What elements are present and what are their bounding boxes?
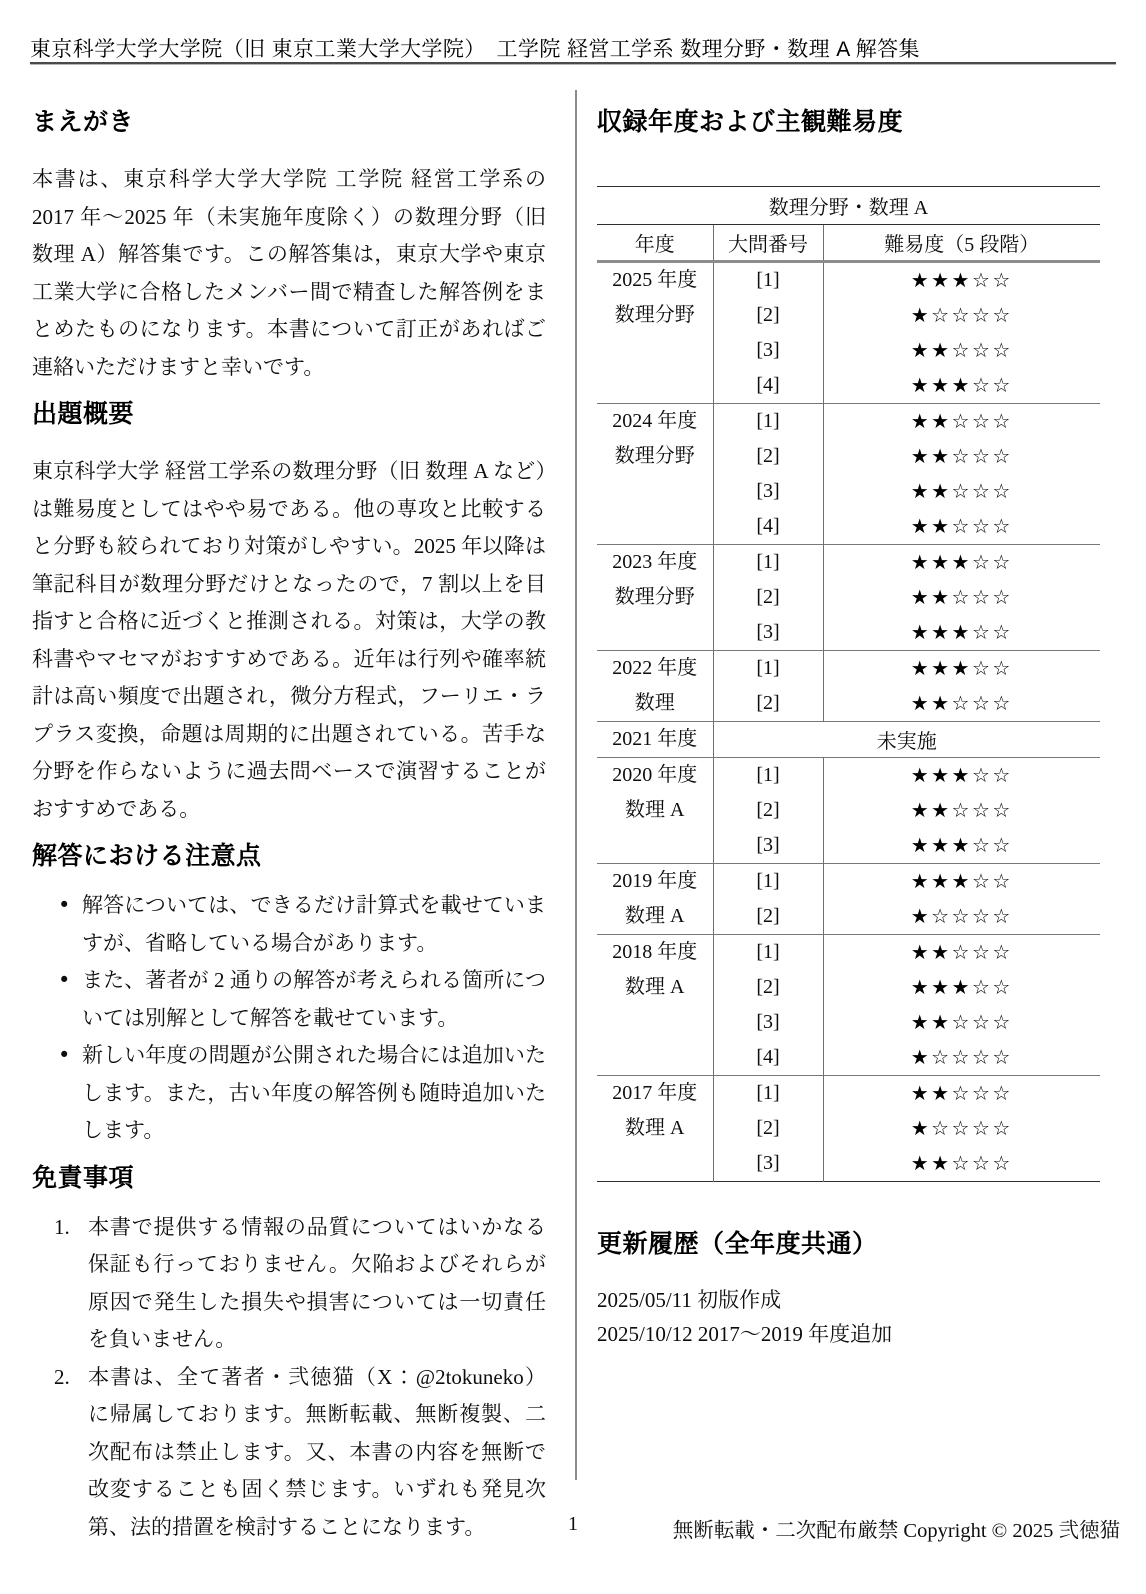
year-label: 2022 年度 <box>597 651 713 686</box>
notes-heading: 解答における注意点 <box>32 838 546 874</box>
problem-number-cell: [3] <box>713 474 823 509</box>
right-column: 収録年度および主観難易度 数理分野・数理 A 年度 大問番号 難易度（5 段階）… <box>597 104 1100 1351</box>
problem-number-cell: [3] <box>713 333 823 368</box>
difficulty-stars-cell: ★★☆☆☆ <box>823 439 1100 474</box>
problem-number-cell: [2] <box>713 580 823 615</box>
difficulty-stars-cell: ★☆☆☆☆ <box>823 1111 1100 1146</box>
star-rating: ★★★☆☆ <box>911 869 1013 893</box>
table-span-header-row: 数理分野・数理 A <box>597 187 1100 225</box>
table-row: 2020 年度数理 A[1]★★★☆☆ <box>597 758 1100 794</box>
difficulty-stars-cell: ★☆☆☆☆ <box>823 899 1100 935</box>
difficulty-stars-cell: ★☆☆☆☆ <box>823 1040 1100 1076</box>
star-rating: ★★☆☆☆ <box>911 691 1013 715</box>
col-header-difficulty: 難易度（5 段階） <box>823 225 1100 262</box>
table-row: 2018 年度数理 A[1]★★☆☆☆ <box>597 935 1100 971</box>
document-page: 東京科学大学大学院（旧 東京工業大学大学院） 工学院 経営工学系 数理分野・数理… <box>0 0 1146 1594</box>
list-item: また、著者が 2 通りの解答が考えられる箇所については別解として解答を載せていま… <box>32 962 546 1037</box>
star-rating: ★☆☆☆☆ <box>911 904 1013 928</box>
difficulty-stars-cell: ★★☆☆☆ <box>823 474 1100 509</box>
star-rating: ★★☆☆☆ <box>911 1151 1013 1175</box>
year-cell: 2018 年度数理 A <box>597 935 713 1076</box>
table-column-header-row: 年度 大問番号 難易度（5 段階） <box>597 225 1100 262</box>
star-rating: ★★☆☆☆ <box>911 479 1013 503</box>
difficulty-stars-cell: ★★☆☆☆ <box>823 404 1100 440</box>
section-notes: 解答における注意点 解答については、できるだけ計算式を載せていますが、省略してい… <box>32 838 546 1150</box>
problem-number-cell: [1] <box>713 651 823 687</box>
star-rating: ★★☆☆☆ <box>911 514 1013 538</box>
problem-number-cell: [1] <box>713 262 823 299</box>
difficulty-stars-cell: ★★★☆☆ <box>823 615 1100 651</box>
year-cell: 2017 年度数理 A <box>597 1076 713 1182</box>
problem-number-cell: [2] <box>713 1111 823 1146</box>
year-label: 2017 年度 <box>597 1076 713 1111</box>
list-item: 解答については、できるだけ計算式を載せていますが、省略している場合があります。 <box>32 887 546 962</box>
notes-list: 解答については、できるだけ計算式を載せていますが、省略している場合があります。ま… <box>32 887 546 1150</box>
difficulty-heading: 収録年度および主観難易度 <box>597 104 1100 140</box>
star-rating: ★☆☆☆☆ <box>911 1045 1013 1069</box>
col-header-year: 年度 <box>597 225 713 262</box>
year-cell: 2023 年度数理分野 <box>597 545 713 651</box>
problem-number-cell: [1] <box>713 935 823 971</box>
year-cell: 2019 年度数理 A <box>597 864 713 935</box>
problem-number-cell: [2] <box>713 439 823 474</box>
problem-number-cell: [1] <box>713 404 823 440</box>
document-title: 東京科学大学大学院（旧 東京工業大学大学院） 工学院 経営工学系 数理分野・数理… <box>30 33 1116 63</box>
year-cell: 2020 年度数理 A <box>597 758 713 864</box>
star-rating: ★★★☆☆ <box>911 373 1013 397</box>
column-divider <box>575 90 577 1480</box>
star-rating: ★★★☆☆ <box>911 620 1013 644</box>
subject-label: 数理分野 <box>597 580 713 615</box>
problem-number-cell: [4] <box>713 368 823 404</box>
problem-number-cell: [4] <box>713 509 823 545</box>
star-rating: ★★★☆☆ <box>911 833 1013 857</box>
problem-number-cell: [1] <box>713 864 823 900</box>
star-rating: ★★☆☆☆ <box>911 798 1013 822</box>
difficulty-stars-cell: ★★★☆☆ <box>823 651 1100 687</box>
star-rating: ★★☆☆☆ <box>911 409 1013 433</box>
table-span-header: 数理分野・数理 A <box>597 187 1100 225</box>
history-entries: 2025/05/11 初版作成2025/10/12 2017〜2019 年度追加 <box>597 1284 1100 1351</box>
difficulty-stars-cell: ★★☆☆☆ <box>823 686 1100 722</box>
year-cell: 2024 年度数理分野 <box>597 404 713 545</box>
problem-number-cell: [4] <box>713 1040 823 1076</box>
subject-label: 数理 <box>597 686 713 721</box>
year-label: 2025 年度 <box>597 263 713 298</box>
year-label: 2019 年度 <box>597 864 713 899</box>
history-heading: 更新履歴（全年度共通） <box>597 1226 1100 1262</box>
table-row: 2022 年度数理[1]★★★☆☆ <box>597 651 1100 687</box>
table-row: 2023 年度数理分野[1]★★★☆☆ <box>597 545 1100 581</box>
col-header-problem-number: 大問番号 <box>713 225 823 262</box>
star-rating: ★★☆☆☆ <box>911 585 1013 609</box>
problem-number-cell: [1] <box>713 545 823 581</box>
subject-label: 数理分野 <box>597 298 713 333</box>
difficulty-stars-cell: ★★☆☆☆ <box>823 1076 1100 1112</box>
section-overview: 出題概要 東京科学大学 経営工学系の数理分野（旧 数理 A など）は難易度として… <box>32 396 546 828</box>
section-disclaimer: 免責事項 本書で提供する情報の品質についてはいかなる保証も行っておりません。欠陥… <box>32 1160 546 1547</box>
star-rating: ★★☆☆☆ <box>911 1081 1013 1105</box>
preface-body: 本書は、東京科学大学大学院 工学院 経営工学系の 2017 年〜2025 年（未… <box>32 161 546 386</box>
difficulty-stars-cell: ★★★☆☆ <box>823 828 1100 864</box>
problem-number-cell: [3] <box>713 1005 823 1040</box>
problem-number-cell: [2] <box>713 899 823 935</box>
not-held-cell: 未実施 <box>713 722 1100 758</box>
subject-label: 数理 A <box>597 793 713 828</box>
difficulty-stars-cell: ★★★☆☆ <box>823 758 1100 794</box>
copyright-notice: 無断転載・二次配布厳禁 Copyright © 2025 弐徳猫 <box>673 1513 1120 1543</box>
star-rating: ★★☆☆☆ <box>911 940 1013 964</box>
difficulty-stars-cell: ★☆☆☆☆ <box>823 298 1100 333</box>
list-item: 新しい年度の問題が公開された場合には追加いたします。また，古い年度の解答例も随時… <box>32 1037 546 1150</box>
list-item: 2025/10/12 2017〜2019 年度追加 <box>597 1318 1100 1352</box>
star-rating: ★★★☆☆ <box>911 268 1013 292</box>
difficulty-table-body: 2025 年度数理分野[1]★★★☆☆[2]★☆☆☆☆[3]★★☆☆☆[4]★★… <box>597 262 1100 1182</box>
year-cell: 2021 年度 <box>597 722 713 758</box>
subject-label: 数理 A <box>597 970 713 1005</box>
difficulty-stars-cell: ★★☆☆☆ <box>823 509 1100 545</box>
problem-number-cell: [2] <box>713 298 823 333</box>
difficulty-stars-cell: ★★★☆☆ <box>823 864 1100 900</box>
table-row: 2017 年度数理 A[1]★★☆☆☆ <box>597 1076 1100 1112</box>
problem-number-cell: [3] <box>713 1146 823 1182</box>
star-rating: ★★★☆☆ <box>911 656 1013 680</box>
subject-label: 数理 A <box>597 899 713 934</box>
disclaimer-heading: 免責事項 <box>32 1160 546 1196</box>
table-row: 2024 年度数理分野[1]★★☆☆☆ <box>597 404 1100 440</box>
difficulty-stars-cell: ★★★☆☆ <box>823 262 1100 299</box>
list-item: 2025/05/11 初版作成 <box>597 1284 1100 1318</box>
star-rating: ★☆☆☆☆ <box>911 303 1013 327</box>
year-cell: 2025 年度数理分野 <box>597 262 713 404</box>
list-item: 本書で提供する情報の品質についてはいかなる保証も行っておりません。欠陥およびそれ… <box>32 1209 546 1359</box>
star-rating: ★★★☆☆ <box>911 550 1013 574</box>
difficulty-stars-cell: ★★☆☆☆ <box>823 935 1100 971</box>
section-preface: まえがき 本書は、東京科学大学大学院 工学院 経営工学系の 2017 年〜202… <box>32 104 546 386</box>
header-rule <box>30 62 1116 65</box>
problem-number-cell: [2] <box>713 970 823 1005</box>
table-row: 2019 年度数理 A[1]★★★☆☆ <box>597 864 1100 900</box>
difficulty-stars-cell: ★★☆☆☆ <box>823 580 1100 615</box>
year-cell: 2022 年度数理 <box>597 651 713 722</box>
overview-body: 東京科学大学 経営工学系の数理分野（旧 数理 A など）は難易度としてはやや易で… <box>32 453 546 828</box>
table-row: 2025 年度数理分野[1]★★★☆☆ <box>597 262 1100 299</box>
star-rating: ★★☆☆☆ <box>911 444 1013 468</box>
star-rating: ★★★☆☆ <box>911 975 1013 999</box>
preface-heading: まえがき <box>32 104 546 140</box>
problem-number-cell: [3] <box>713 828 823 864</box>
table-row: 2021 年度未実施 <box>597 722 1100 758</box>
disclaimer-list: 本書で提供する情報の品質についてはいかなる保証も行っておりません。欠陥およびそれ… <box>32 1209 546 1547</box>
year-label: 2018 年度 <box>597 935 713 970</box>
problem-number-cell: [2] <box>713 686 823 722</box>
year-label: 2020 年度 <box>597 758 713 793</box>
difficulty-stars-cell: ★★☆☆☆ <box>823 793 1100 828</box>
overview-heading: 出題概要 <box>32 396 546 432</box>
difficulty-table: 数理分野・数理 A 年度 大問番号 難易度（5 段階） 2025 年度数理分野[… <box>597 186 1100 1182</box>
problem-number-cell: [1] <box>713 1076 823 1112</box>
year-label: 2024 年度 <box>597 404 713 439</box>
left-column: まえがき 本書は、東京科学大学大学院 工学院 経営工学系の 2017 年〜202… <box>32 104 546 1546</box>
year-label: 2023 年度 <box>597 545 713 580</box>
star-rating: ★★☆☆☆ <box>911 338 1013 362</box>
problem-number-cell: [2] <box>713 793 823 828</box>
star-rating: ★★☆☆☆ <box>911 1010 1013 1034</box>
year-label: 2021 年度 <box>597 722 713 757</box>
problem-number-cell: [1] <box>713 758 823 794</box>
subject-label: 数理分野 <box>597 439 713 474</box>
problem-number-cell: [3] <box>713 615 823 651</box>
star-rating: ★★★☆☆ <box>911 763 1013 787</box>
difficulty-stars-cell: ★★★☆☆ <box>823 368 1100 404</box>
subject-label: 数理 A <box>597 1111 713 1146</box>
star-rating: ★☆☆☆☆ <box>911 1116 1013 1140</box>
difficulty-stars-cell: ★★☆☆☆ <box>823 1005 1100 1040</box>
difficulty-stars-cell: ★★★☆☆ <box>823 545 1100 581</box>
difficulty-stars-cell: ★★☆☆☆ <box>823 333 1100 368</box>
difficulty-stars-cell: ★★☆☆☆ <box>823 1146 1100 1182</box>
difficulty-stars-cell: ★★★☆☆ <box>823 970 1100 1005</box>
